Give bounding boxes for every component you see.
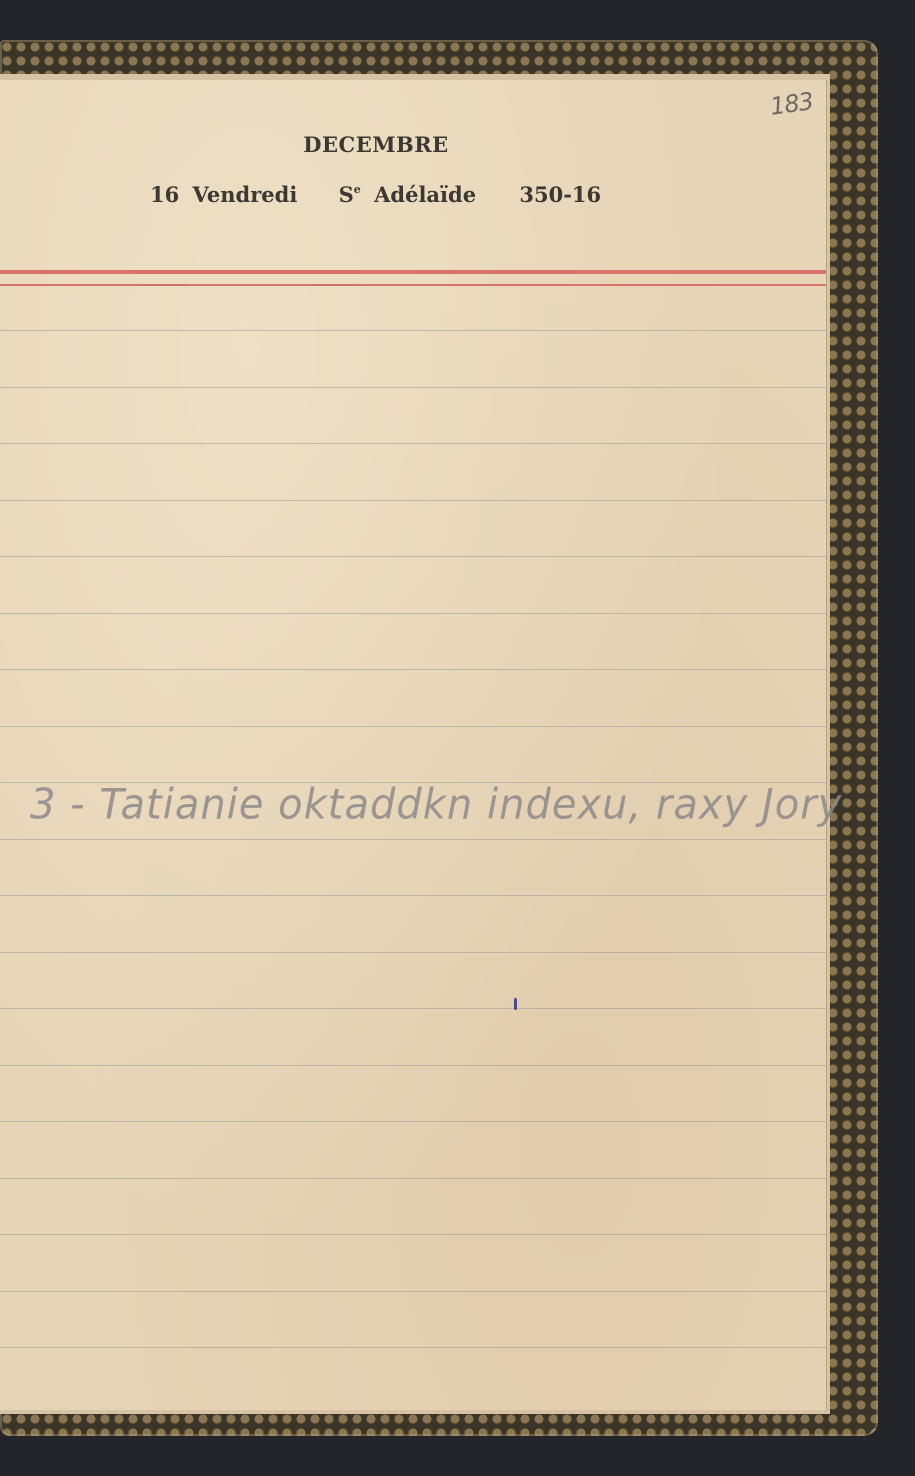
saint-prefix: Se — [339, 182, 361, 207]
ruled-line — [0, 387, 826, 388]
ruled-line — [0, 1291, 826, 1292]
ruled-line — [0, 726, 826, 727]
ruled-line — [0, 1234, 826, 1235]
ruled-line — [0, 839, 826, 840]
day-number: 16 — [150, 182, 179, 207]
header-rule-thin — [0, 284, 826, 286]
ruled-line — [0, 1121, 826, 1122]
ruled-line — [0, 895, 826, 896]
ruled-line — [0, 330, 826, 331]
ruled-line — [0, 669, 826, 670]
month-heading: DECEMBRE — [0, 132, 752, 157]
ruled-line — [0, 613, 826, 614]
ink-mark — [514, 998, 517, 1010]
ruled-line — [0, 1347, 826, 1348]
day-name: Vendredi — [193, 182, 298, 207]
ruled-line — [0, 952, 826, 953]
page-number: 183 — [768, 87, 814, 121]
handwritten-note: 3 - Tatianie oktaddkn indexu, raxy Jory — [30, 781, 842, 829]
ruled-line — [0, 1178, 826, 1179]
ruled-line — [0, 500, 826, 501]
date-line: 16 Vendredi Se Adélaïde 350-16 — [150, 182, 601, 207]
ruled-line — [0, 1065, 826, 1066]
day-of-year: 350-16 — [519, 182, 601, 207]
saint-name: Adélaïde — [374, 182, 476, 207]
diary-page — [0, 80, 827, 1410]
ruled-line — [0, 443, 826, 444]
ruled-line — [0, 1008, 826, 1009]
header-rule-thick — [0, 270, 826, 274]
ruled-line — [0, 556, 826, 557]
